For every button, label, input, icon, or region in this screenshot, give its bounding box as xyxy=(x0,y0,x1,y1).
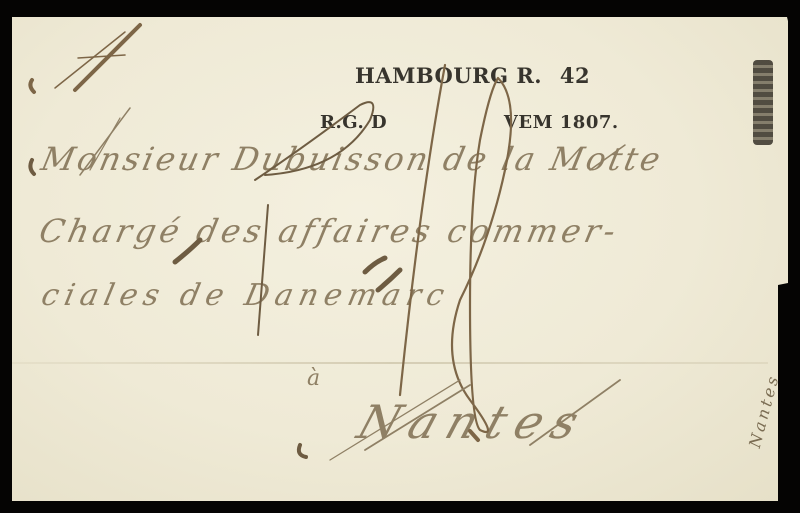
postmark-prefix: R.G. D xyxy=(320,112,387,133)
address-line-1: Monsieur Dubuisson de la Motte xyxy=(38,140,667,178)
postmark-date-line: R.G. D VEM 1807. xyxy=(320,112,619,133)
address-line-5: Nantes xyxy=(351,395,595,449)
fold-crease xyxy=(12,362,768,364)
address-line-2: Chargé des affaires commer- xyxy=(36,212,623,250)
postmark-dept-number: 42 xyxy=(560,63,590,88)
address-line-3: ciales de Danemarc xyxy=(38,278,453,313)
postmark-town-text: HAMBOURG R. xyxy=(355,63,542,88)
postmark-town: HAMBOURG R. 42 xyxy=(355,63,590,88)
postmark-date: VEM 1807. xyxy=(504,112,619,133)
postmark-side-smudge xyxy=(753,60,773,145)
address-line-4: à xyxy=(307,366,323,391)
